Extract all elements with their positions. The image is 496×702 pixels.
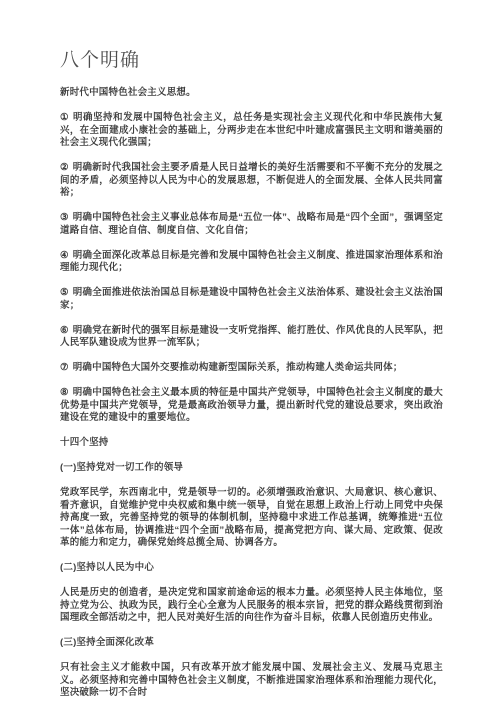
clarification-item-3: ③明确中国特色社会主义事业总体布局是“五位一体”、战略布局是“四个全面”，强调坚…: [60, 212, 443, 237]
item-number: ①: [60, 112, 69, 123]
item-text: 明确党在新时代的强军目标是建设一支听党指挥、能打胜仗、作风优良的人民军队，把人民…: [60, 325, 443, 349]
item-text: 明确中国特色大国外交要推动构建新型国际关系，推动构建人类命运共同体；: [73, 362, 403, 373]
document-body: 新时代中国特色社会主义思想。 ①明确坚持和发展中国特色社会主义，总任务是实现社会…: [60, 87, 443, 700]
clarification-item-4: ④明确全面深化改革总目标是完善和发展中国特色社会主义制度、推进国家治理体系和治理…: [60, 250, 443, 275]
item-number: ④: [60, 250, 69, 261]
item-text: 明确中国特色社会主义事业总体布局是“五位一体”、战略布局是“四个全面”，强调坚定…: [60, 212, 443, 236]
item-number: ②: [60, 162, 69, 173]
item-text: 明确全面推进依法治国总目标是建设中国特色社会主义法治体系、建设社会主义法治国家；: [60, 287, 443, 311]
page-title: 八个明确: [60, 50, 443, 72]
item-text: 明确中国特色社会主义最本质的特征是中国共产党领导，中国特色社会主义制度的最大优势…: [60, 387, 443, 423]
subsection-body-3: 只有社会主义才能救中国，只有改革开放才能发展中国、发展社会主义、发展马克思主义。…: [60, 662, 443, 700]
intro-text: 新时代中国特色社会主义思想。: [60, 87, 443, 100]
clarification-item-5: ⑤明确全面推进依法治国总目标是建设中国特色社会主义法治体系、建设社会主义法治国家…: [60, 287, 443, 312]
clarification-item-6: ⑥明确党在新时代的强军目标是建设一支听党指挥、能打胜仗、作风优良的人民军队，把人…: [60, 325, 443, 350]
subsection-body-2: 人民是历史的创造者，是决定党和国家前途命运的根本力量。必须坚持人民主体地位，坚持…: [60, 587, 443, 625]
section-title-fourteen: 十四个坚持: [60, 437, 443, 450]
subsection-heading-2: (二)坚持以人民为中心: [60, 562, 443, 575]
item-text: 明确全面深化改革总目标是完善和发展中国特色社会主义制度、推进国家治理体系和治理能…: [60, 250, 443, 274]
item-number: ⑦: [60, 362, 69, 373]
document-content: 八个明确 新时代中国特色社会主义思想。 ①明确坚持和发展中国特色社会主义，总任务…: [60, 50, 443, 700]
clarification-item-2: ②明确新时代我国社会主要矛盾是人民日益增长的美好生活需要和不平衡不充分的发展之间…: [60, 162, 443, 200]
item-text: 明确坚持和发展中国特色社会主义，总任务是实现社会主义现代化和中华民族伟大复兴，在…: [60, 112, 443, 148]
clarification-item-7: ⑦明确中国特色大国外交要推动构建新型国际关系，推动构建人类命运共同体；: [60, 362, 443, 375]
item-number: ⑤: [60, 287, 69, 298]
document-page: 八个明确 新时代中国特色社会主义思想。 ①明确坚持和发展中国特色社会主义，总任务…: [0, 0, 496, 702]
subsection-heading-1: (一)坚持党对一切工作的领导: [60, 462, 443, 475]
clarification-item-1: ①明确坚持和发展中国特色社会主义，总任务是实现社会主义现代化和中华民族伟大复兴，…: [60, 112, 443, 150]
item-number: ⑥: [60, 325, 69, 336]
subsection-body-1: 党政军民学，东西南北中，党是领导一切的。必须增强政治意识、大局意识、核心意识、看…: [60, 487, 443, 550]
item-text: 明确新时代我国社会主要矛盾是人民日益增长的美好生活需要和不平衡不充分的发展之间的…: [60, 162, 443, 198]
item-number: ③: [60, 212, 69, 223]
item-number: ⑧: [60, 387, 69, 398]
subsection-heading-3: (三)坚持全面深化改革: [60, 637, 443, 650]
clarification-item-8: ⑧明确中国特色社会主义最本质的特征是中国共产党领导，中国特色社会主义制度的最大优…: [60, 387, 443, 425]
